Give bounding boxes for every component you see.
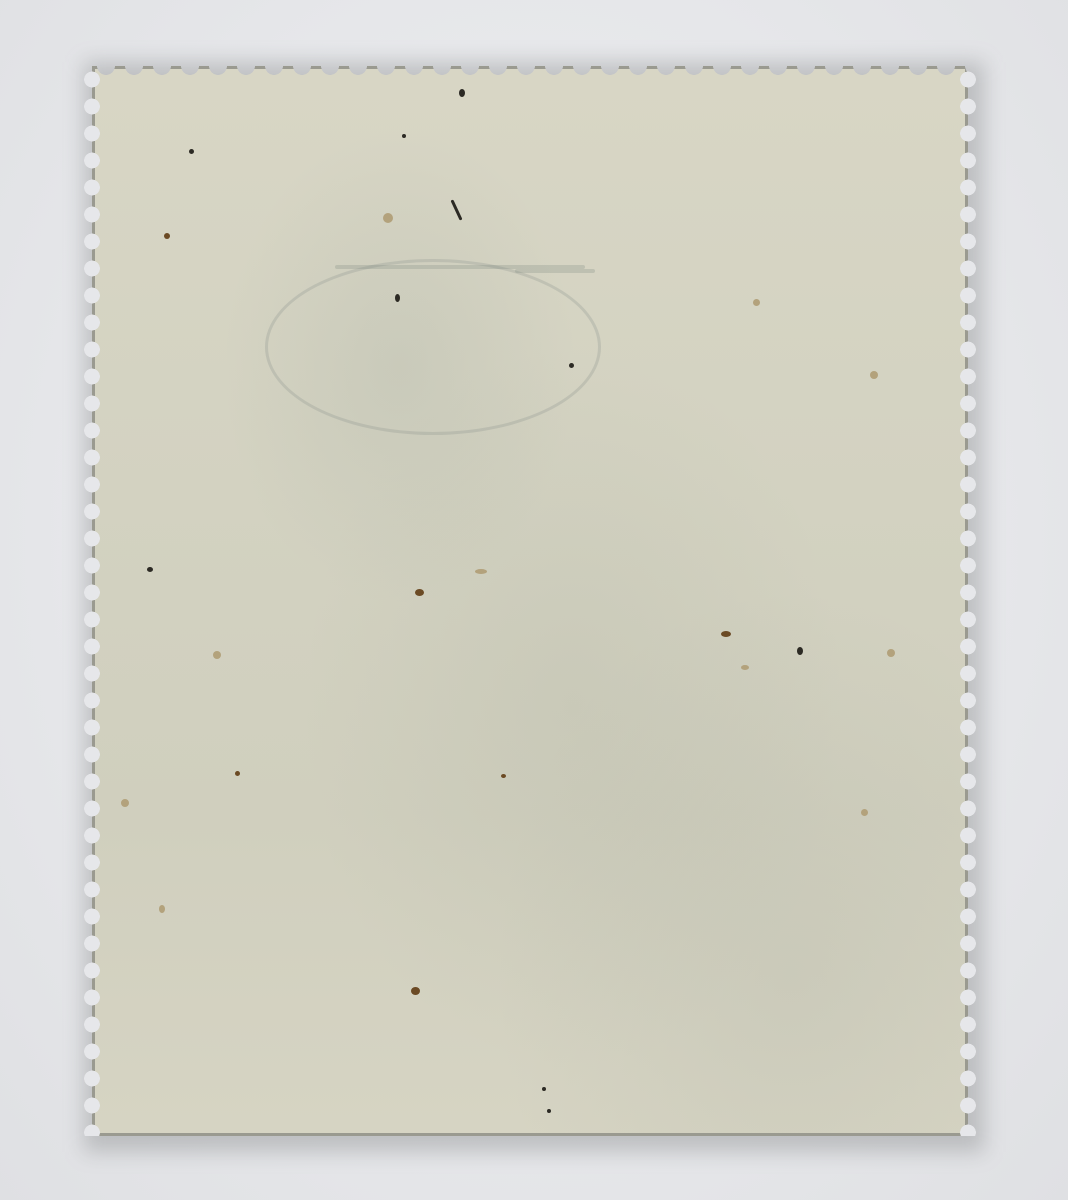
speck	[861, 809, 868, 816]
speck	[459, 89, 465, 97]
speck	[501, 774, 506, 778]
speck	[542, 1087, 546, 1091]
perforation-right-edge	[960, 66, 976, 1136]
speck	[213, 651, 221, 659]
speck	[797, 647, 803, 655]
speck	[411, 987, 420, 995]
speck	[753, 299, 760, 306]
speck	[402, 134, 406, 138]
speck	[395, 294, 400, 302]
speck	[870, 371, 878, 379]
speck	[475, 569, 487, 574]
stamp-back	[92, 66, 968, 1136]
speck	[887, 649, 895, 657]
speck	[121, 799, 129, 807]
speck	[383, 213, 393, 223]
speck	[721, 631, 731, 637]
speck	[164, 233, 170, 239]
speck	[189, 149, 194, 154]
speck	[235, 771, 240, 776]
speck	[415, 589, 424, 596]
speck	[147, 567, 153, 572]
show-through-line	[515, 269, 595, 273]
show-through-oval	[265, 259, 601, 435]
speck	[547, 1109, 551, 1113]
speck	[569, 363, 574, 368]
speck	[159, 905, 165, 913]
perforation-left-edge	[84, 66, 100, 1136]
speck	[741, 665, 749, 670]
speck	[450, 199, 462, 220]
